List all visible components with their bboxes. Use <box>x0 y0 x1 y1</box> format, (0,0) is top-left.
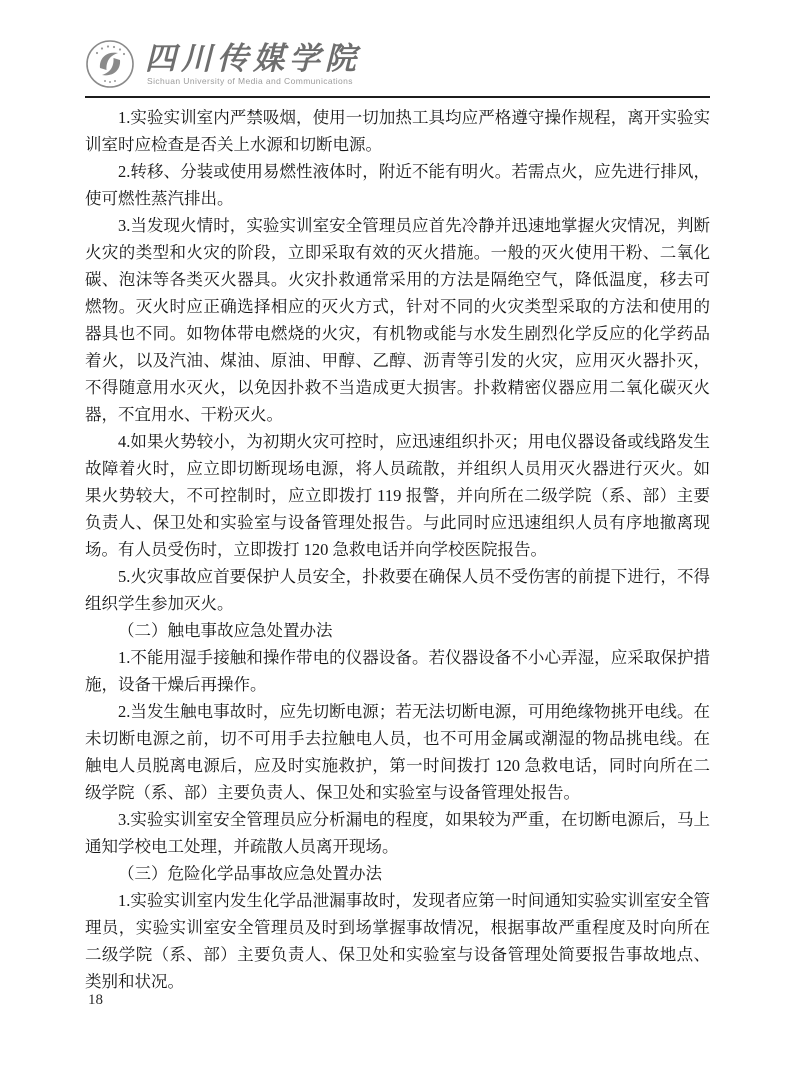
section-heading-hazardous-chemicals: （三）危险化学品事故应急处置办法 <box>85 860 710 887</box>
university-seal-icon <box>85 39 135 89</box>
paragraph-fire-4: 4.如果火势较小，为初期火灾可控时，应迅速组织扑灭；用电仪器设备或线路发生故障着… <box>85 428 710 563</box>
paragraph-fire-2: 2.转移、分装或使用易燃性液体时，附近不能有明火。若需点火，应先进行排风，使可燃… <box>85 158 710 212</box>
paragraph-chemical-1: 1.实验实训室内发生化学品泄漏事故时，发现者应第一时间通知实验实训室安全管理员，… <box>85 887 710 995</box>
paragraph-fire-1: 1.实验实训室内严禁吸烟，使用一切加热工具均应严格遵守操作规程，离开实验实训室时… <box>85 104 710 158</box>
paragraph-fire-3: 3.当发现火情时，实验实训室安全管理员应首先冷静并迅速地掌握火灾情况，判断火灾的… <box>85 212 710 428</box>
document-page: 四川传媒学院 Sichuan University of Media and C… <box>0 0 793 1077</box>
page-header: 四川传媒学院 Sichuan University of Media and C… <box>85 36 710 98</box>
paragraph-electric-3: 3.实验实训室安全管理员应分析漏电的程度，如果较为严重，在切断电源后，马上通知学… <box>85 806 710 860</box>
paragraph-electric-1: 1.不能用湿手接触和操作带电的仪器设备。若仪器设备不小心弄湿，应采取保护措施，设… <box>85 644 710 698</box>
section-heading-electric-shock: （二）触电事故应急处置办法 <box>85 617 710 644</box>
document-body: 1.实验实训室内严禁吸烟，使用一切加热工具均应严格遵守操作规程，离开实验实训室时… <box>85 104 710 995</box>
paragraph-fire-5: 5.火灾事故应首要保护人员安全，扑救要在确保人员不受伤害的前提下进行，不得组织学… <box>85 563 710 617</box>
university-name-zh: 四川传媒学院 <box>145 42 361 76</box>
page-number: 18 <box>88 992 103 1009</box>
university-name-en: Sichuan University of Media and Communic… <box>147 76 361 87</box>
header-divider <box>85 96 710 98</box>
paragraph-electric-2: 2.当发生触电事故时，应先切断电源；若无法切断电源，可用绝缘物挑开电线。在未切断… <box>85 698 710 806</box>
